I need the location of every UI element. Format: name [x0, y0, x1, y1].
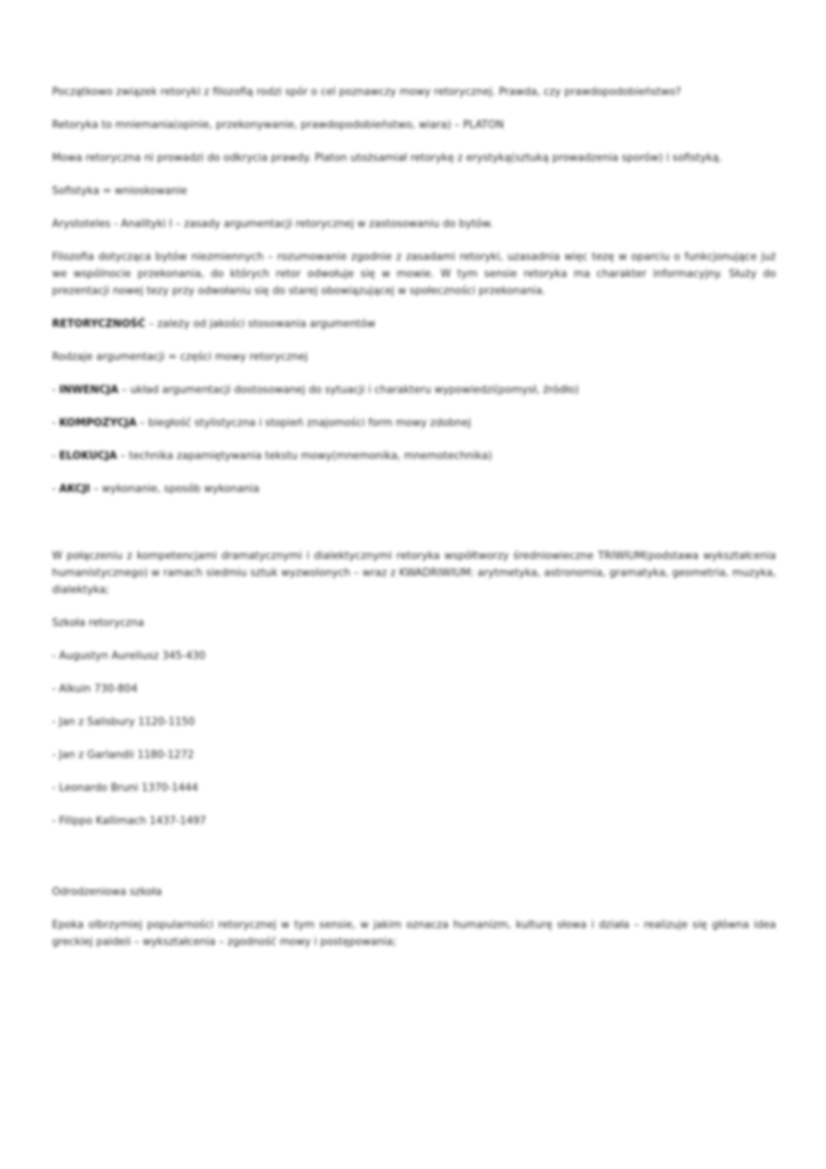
document-page: Początkowo związek retoryki z filozofią … — [52, 84, 776, 967]
heading-szkola-retoryczna: Szkoła retoryczna — [52, 615, 776, 632]
bullet-dash: - — [52, 417, 59, 429]
term-retorycznosc: RETORYCZNOŚĆ — [52, 318, 145, 330]
part-term: KOMPOZYCJA — [59, 417, 136, 429]
paragraph-filozofia: Filozofia dotycząca bytów niezmiennych –… — [52, 249, 776, 300]
part-term: AKCJI — [59, 483, 90, 495]
spacer — [52, 846, 776, 884]
paragraph-platon: Retoryka to mniemania(opinie, przekonywa… — [52, 117, 776, 134]
paragraph-intro: Początkowo związek retoryki z filozofią … — [52, 84, 776, 101]
part-definition: – technika zapamiętywania tekstu mowy(mn… — [117, 450, 492, 462]
list-item: - Jan z Salisbury 1120-1150 — [52, 714, 776, 731]
heading-odrodzeniowa-szkola: Odrodzeniowa szkoła — [52, 884, 776, 901]
part-definition: – układ argumentacji dostosowanej do syt… — [118, 384, 578, 396]
part-definition: – biegłość stylistyczna i stopień znajom… — [137, 417, 472, 429]
bullet-dash: - — [52, 384, 59, 396]
paragraph-sofistyka: Sofistyka = wnioskowanie — [52, 183, 776, 200]
part-item: - AKCJI – wykonanie, sposób wykonania — [52, 481, 776, 498]
paragraph-odrodzenie: Epoka olbrzymiej popularności retoryczne… — [52, 917, 776, 951]
list-item: - Alkuin 730-804 — [52, 681, 776, 698]
list-item: - Augustyn Aureliusz 345-430 — [52, 648, 776, 665]
part-definition: – wykonanie, sposób wykonania — [90, 483, 259, 495]
paragraph-trivium: W połączeniu z kompetencjami dramatyczny… — [52, 548, 776, 599]
part-item: - INWENCJA – układ argumentacji dostosow… — [52, 382, 776, 399]
paragraph-mowa: Mowa retoryczna ni prowadzi do odkrycia … — [52, 150, 776, 167]
paragraph-retorycznosc: RETORYCZNOŚĆ – zależy od jakości stosowa… — [52, 316, 776, 333]
bullet-dash: - — [52, 483, 59, 495]
list-item: - Leonardo Bruni 1370-1444 — [52, 780, 776, 797]
paragraph-rodzaje: Rodzaje argumentacji = części mowy retor… — [52, 349, 776, 366]
paragraph-arystoteles: Arystoteles - Analityki I – zasady argum… — [52, 216, 776, 233]
list-item: - Filippo Kallimach 1437-1497 — [52, 813, 776, 830]
part-item: - ELOKUCJA – technika zapamiętywania tek… — [52, 448, 776, 465]
spacer — [52, 514, 776, 548]
part-item: - KOMPOZYCJA – biegłość stylistyczna i s… — [52, 415, 776, 432]
bullet-dash: - — [52, 450, 59, 462]
part-term: ELOKUCJA — [59, 450, 117, 462]
definition-retorycznosc: – zależy od jakości stosowania argumentó… — [145, 318, 375, 330]
part-term: INWENCJA — [59, 384, 118, 396]
list-item: - Jan z Garlandii 1180-1272 — [52, 747, 776, 764]
